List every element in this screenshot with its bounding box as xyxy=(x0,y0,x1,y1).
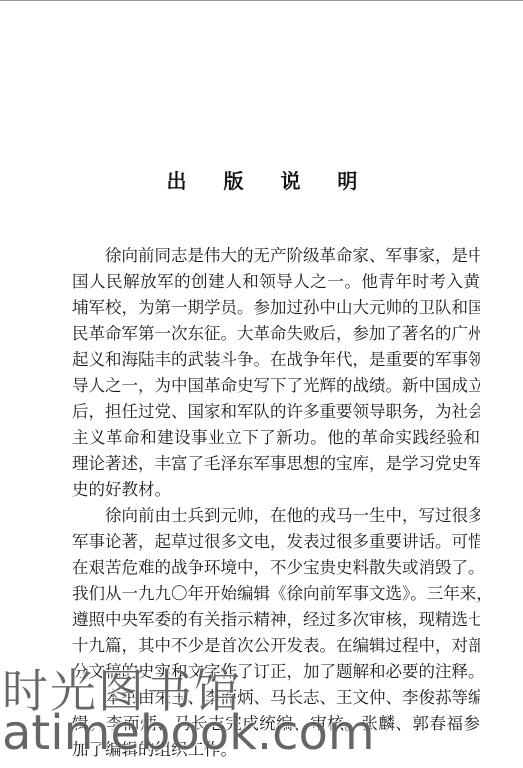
text-line: 我们从一九九〇年开始编辑《徐向前军事文选》。三年来， xyxy=(72,581,480,607)
text-line: 徐向前由士兵到元帅，在他的戎马一生中，写过很多 xyxy=(72,503,480,529)
text-line: 国人民解放军的创建人和领导人之一。他青年时考入黄 xyxy=(72,269,480,295)
text-line: 导人之一，为中国革命史写下了光辉的战绩。新中国成立 xyxy=(72,373,480,399)
text-line: 军事论著，起草过很多文电，发表过很多重要讲话。可惜 xyxy=(72,529,480,555)
text-line: 徐向前同志是伟大的无产阶级革命家、军事家，是中 xyxy=(72,243,480,269)
text-line: 主义革命和建设事业立下了新功。他的革命实践经验和 xyxy=(72,425,480,451)
top-border-line xyxy=(0,0,523,1)
text-line: 民革命军第一次东征。大革命失败后，参加了著名的广州 xyxy=(72,321,480,347)
text-line: 理论著述，丰富了毛泽东军事思想的宝库，是学习党史军 xyxy=(72,451,480,477)
watermark-url: atimebook.com xyxy=(2,705,375,761)
text-line: 埔军校，为第一期学员。参加过孙中山大元帅的卫队和国 xyxy=(72,295,480,321)
text-line: 在艰苦危难的战争环境中，不少宝贵史料散失或消毁了。 xyxy=(72,555,480,581)
text-line: 遵照中央军委的有关指示精神，经过多次审核，现精选七 xyxy=(72,607,480,633)
text-line: 史的好教材。 xyxy=(72,477,480,503)
text-line: 起义和海陆丰的武装斗争。在战争年代，是重要的军事领 xyxy=(72,347,480,373)
page-title: 出 版 说 明 xyxy=(0,165,523,194)
text-line: 后，担任过党、国家和军队的许多重要领导职务，为社会 xyxy=(72,399,480,425)
